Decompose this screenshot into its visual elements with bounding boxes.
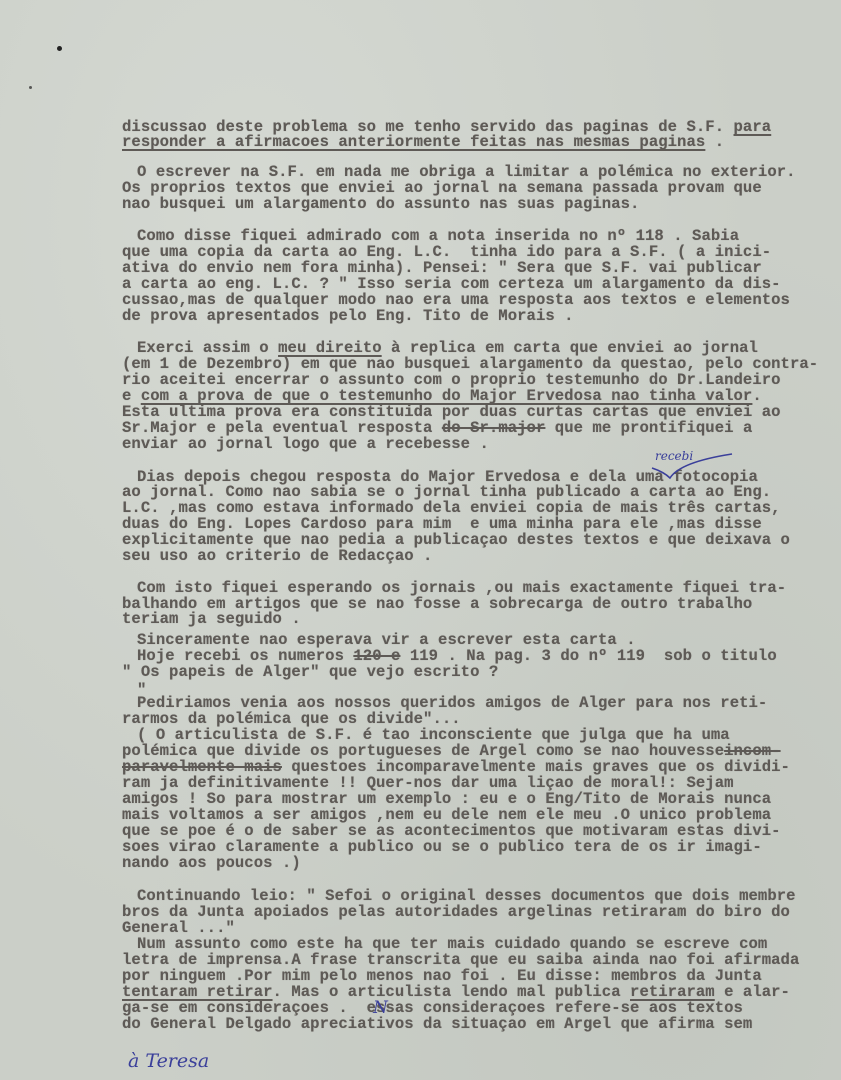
text-line: ram ja definitivamente !! Quer-nos dar u… xyxy=(122,775,734,791)
text-line: responder a afirmacoes anteriormente fei… xyxy=(122,134,724,150)
text-run: que me prontifiquei a xyxy=(545,419,752,437)
text-line: tentaram retirar. Mas o articulista lend… xyxy=(122,984,790,1000)
text-line: de prova apresentados pelo Eng. Tito de … xyxy=(122,308,574,324)
text-line: amigos ! So para mostrar um exemplo : eu… xyxy=(122,791,771,807)
text-run: seu uso ao criterio de Redacçao . xyxy=(122,547,432,565)
text-run: nao busquei um alargamento do assunto na… xyxy=(122,195,639,213)
text-line: enviar ao jornal logo que a recebesse . xyxy=(122,436,489,452)
text-line: soes virao claramente a publico ou se o … xyxy=(122,839,762,855)
text-line: ao jornal. Como nao sabia se o jornal ti… xyxy=(122,484,771,500)
text-line: rarmos da polémica que os divide"... xyxy=(122,711,461,727)
text-line: rio aceitei encerrar o assunto com o pro… xyxy=(122,372,781,388)
text-line: Hoje recebi os numeros 120 e 119 . Na pa… xyxy=(137,648,777,664)
handwritten-note: à Teresa xyxy=(128,1050,209,1072)
text-line: O escrever na S.F. em nada me obriga a l… xyxy=(137,164,796,180)
text-line: bros da Junta apoiados pelas autoridades… xyxy=(122,904,790,920)
text-line: ativa do envio nem fora minha). Pensei: … xyxy=(122,260,762,276)
text-line: Sinceramente nao esperava vir a escrever… xyxy=(137,632,636,648)
text-line: que uma copia da carta ao Eng. L.C. tinh… xyxy=(122,244,771,260)
underlined-text: responder a afirmacoes anteriormente fei… xyxy=(122,133,705,151)
handwritten-note: recebi xyxy=(655,449,693,463)
text-line: explicitamente que nao pedia a publicaça… xyxy=(122,532,790,548)
text-line: nando aos poucos .) xyxy=(122,855,301,871)
text-line: teriam ja seguido . xyxy=(122,611,301,627)
text-line: duas do Eng. Lopes Cardoso para mim e um… xyxy=(122,516,762,532)
text-line: " Os papeis de Alger" que vejo escrito ? xyxy=(122,664,498,680)
text-line: paravelmente mais questoes incomparavelm… xyxy=(122,759,790,775)
text-line: Os proprios textos que enviei ao jornal … xyxy=(122,180,762,196)
text-line: Continuando leio: " Sefoi o original des… xyxy=(137,888,796,904)
text-line: letra de imprensa.A frase transcrita que… xyxy=(122,952,799,968)
text-line: polémica que divide os portugueses de Ar… xyxy=(122,743,781,759)
text-line: que se poe é o de saber se as acontecime… xyxy=(122,823,781,839)
text-run: . xyxy=(705,133,724,151)
text-line: Esta ultima prova era constituida por du… xyxy=(122,404,781,420)
text-run: de prova apresentados pelo Eng. Tito de … xyxy=(122,307,574,325)
text-line: (em 1 de Dezembro) em que nao busquei al… xyxy=(122,356,818,372)
text-line: ( O articulista de S.F. é tao inconscien… xyxy=(137,727,730,743)
text-line: e com a prova de que o testemunho do Maj… xyxy=(122,388,762,404)
margin-mark xyxy=(29,86,32,89)
text-line: L.C. ,mas como estava informado dela env… xyxy=(122,500,781,516)
text-line: a carta ao eng. L.C. ? " Isso seria com … xyxy=(122,276,781,292)
text-line: Como disse fiquei admirado com a nota in… xyxy=(137,228,739,244)
text-line: ga-se em consideraçoes . essas considera… xyxy=(122,1000,743,1016)
text-line: por ninguem .Por mim pelo menos nao foi … xyxy=(122,968,762,984)
text-line: Sr.Major e pela eventual resposta do Sr.… xyxy=(122,420,752,436)
text-line: nao busquei um alargamento do assunto na… xyxy=(122,196,639,212)
text-run: enviar ao jornal logo que a recebesse . xyxy=(122,435,489,453)
text-run: " Os papeis de Alger" que vejo escrito ? xyxy=(122,663,498,681)
text-line: Exerci assim o meu direito à replica em … xyxy=(137,340,758,356)
handwritten-note: N xyxy=(373,998,388,1018)
underlined-text: para xyxy=(734,118,772,136)
typewritten-letter-page: discussao deste problema so me tenho ser… xyxy=(0,0,841,1080)
text-line: Pediriamos venia aos nossos queridos ami… xyxy=(137,695,767,711)
text-line: Num assunto como este ha que ter mais cu… xyxy=(137,936,767,952)
text-run: nando aos poucos .) xyxy=(122,854,301,872)
text-run: do General Delgado apreciativos da situa… xyxy=(122,1015,752,1033)
text-line: cussao,mas de qualquer modo nao era uma … xyxy=(122,292,790,308)
text-line: seu uso ao criterio de Redacçao . xyxy=(122,548,432,564)
text-line: General ..." xyxy=(122,920,235,936)
text-run: teriam ja seguido . xyxy=(122,610,301,628)
margin-mark xyxy=(57,46,62,51)
text-line: Com isto fiquei esperando os jornais ,ou… xyxy=(137,580,786,596)
text-line: mais voltamos a ser amigos ,nem eu dele … xyxy=(122,807,771,823)
text-line: do General Delgado apreciativos da situa… xyxy=(122,1016,752,1032)
